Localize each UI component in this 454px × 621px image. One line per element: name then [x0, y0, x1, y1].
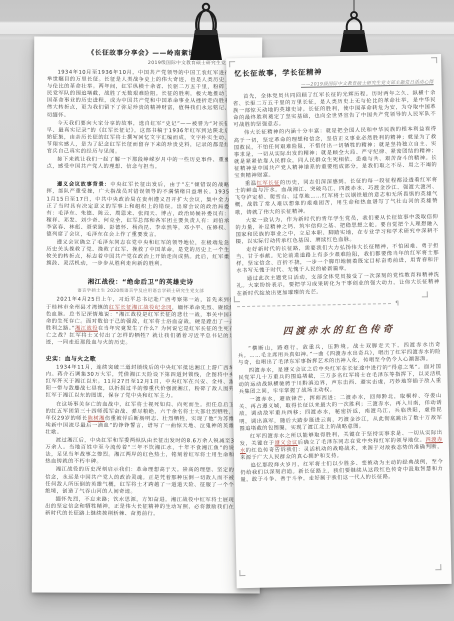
dashed-line: [237, 303, 391, 307]
crop-mark: [234, 296, 240, 302]
highlighted-link-text: 红军长征: [257, 180, 280, 186]
paragraph: 重温红军长征的历史，同志们深深感到，长征的每一段征程都浸透着红军将士的鲜血与汗水…: [235, 177, 439, 217]
paragraph: 湘江战役的历史深刻启示我们：革命理想高于天。崇高的理想、坚定的信念，永远是中国共…: [45, 467, 234, 496]
paragraph: “横断山，路难行，敌重兵，压黔境。战士双脚走天下，四渡赤水出奇兵。……毛主席用兵…: [238, 342, 441, 367]
paragraph: 2021年4月25日上午，习近平总书记赴广西考察第一站，首先来到位于桂林市全州县…: [46, 297, 235, 347]
highlighted-link-text: 湘江战役: [75, 325, 98, 331]
subsection-title-history: 史实：血与火之歌: [46, 354, 235, 364]
paragraph: 缅怀先烈，不忘来路；饮水思源，方知奋进。湘江战役中红军将士展现出的坚定信念和牺牲…: [45, 496, 234, 518]
byline-text: ——2019级国际中文教育硕士研究生党支部主题党日活动心得: [301, 80, 434, 88]
paragraph-text: 中央红军长征出发后，由于“左”倾错误的战略指挥，部队严重受挫，广大指战员对错误领…: [46, 182, 235, 238]
article-byline: ——2019级国际中文教育硕士研究生党支部主题党日活动心得: [233, 79, 434, 89]
paragraph: 走好新时代的长征路，需要我们大力弘扬伟大长征精神，不怕困难、勇于担当、甘于奉献。…: [236, 243, 440, 275]
paragraph: 渡过湘江后，中央红军和军委两纵队由长征出发时的8.6万余人锐减至3万余人。当地百…: [45, 438, 234, 467]
highlighted-link-text: 陈树湘: [88, 415, 105, 421]
section-byline: 语言学硕士生 2020级语言学及应用语言学硕士研究生党支部: [46, 288, 235, 295]
paragraph-mark-icon: ¶: [395, 301, 399, 307]
paragraph: 大家一致认为，作为新时代的青年学生党员，我们要从长征故事中汲取信仰的力量，补足精…: [235, 214, 439, 246]
paragraph: 首先，全体党员共同回顾了红军长征的光辉历程。历时两年之久、纵横十余省、长驱二万五…: [233, 90, 437, 130]
paragraph: 通过此次主题党日活动，支部全体党员接受了一次深刻的党性教育和精神洗礼。大家纷纷表…: [236, 272, 439, 297]
binder-clip-icon: [183, 1, 229, 65]
paragraph-text: 的红色传奇告诉我们：灵活机动的战略战术，来源于对敌我态势的准确判断，来源于广大人…: [240, 444, 443, 461]
crop-mark: [431, 57, 437, 63]
paragraph: 红军四渡赤水之所以能够取得胜利，关键在于坚持实事求是、一切从实际出发，关键在于遵…: [240, 430, 444, 462]
paragraph: 接下来就让我们一起了解一下那段峥嵘岁月中的一些历史事件、重要节点，感受中国共产党…: [47, 157, 236, 172]
crop-mark: [229, 61, 235, 67]
paragraph-text: 重温: [245, 181, 257, 187]
paragraph: 在这场事关存亡的血战中，红军将士视死如归、向死而生。担任总后卫的红五军团第三十四…: [45, 401, 234, 437]
article-title: 忆长征故事，学长征精神: [234, 65, 435, 79]
paragraph: 1934年10月至1936年10月，中国共产党领导的中国工农红军进行了举世瞩目的…: [47, 70, 236, 120]
highlighted-link-text: 红军长征湘江战役纪念园: [109, 304, 172, 310]
paragraph: 伟大长征精神的内涵十分丰富：就是把全国人民和中华民族的根本利益看得高于一切，坚定…: [233, 127, 437, 181]
paragraph: 今天我们要向大家分享的故事，选自红军“史记”——被誉为“对长征最早、最真实记录”…: [47, 120, 236, 156]
crop-mark: [435, 564, 441, 570]
right-document-page: 忆长征故事，学长征精神 ——2019级国际中文教育硕士研究生党支部主题党日活动心…: [226, 54, 452, 588]
paragraph: 遵义会议故事背景：中央红军长征出发后，由于“左”倾错误的战略指挥，部队严重受挫，…: [46, 182, 235, 240]
binder-clip-icon: [334, 0, 374, 56]
paragraph: 遵义会议确立了毛泽东同志在党中央和红军的领导地位，在极端危急的历史关头挽救了党、…: [46, 240, 235, 269]
paragraph: 1934年11月，连续突破三道封锁线后的中央红军抵达湘江上游广西境内。蒋介石调集…: [46, 365, 235, 401]
crop-mark: [239, 570, 245, 576]
crop-mark: [422, 291, 428, 297]
paragraph: 四渡赤水，是遵义会议之后中央红军在长征途中进行的“得意之笔”。面对国民党军几十万…: [238, 364, 442, 396]
highlighted-link-text: 遵义会议: [275, 440, 298, 446]
paragraph: 追忆那段烽火岁月，红军将士们以少胜多、变被动为主动的经典战例，至今仍给我们以深刻…: [240, 459, 443, 484]
article-title-calligraphy: 四渡赤水的红色传奇: [237, 320, 440, 338]
section-break-divider: ¶: [237, 300, 440, 310]
paragraph: 一渡赤水，避敌锋芒，挥师西进；二渡赤水，回师黔北，取桐梓、夺娄山关、再占遵义城，…: [239, 393, 443, 433]
bold-lead-in: 遵义会议故事背景：: [57, 182, 110, 188]
section-title-xiangjiang: 湘江战役：“绝命后卫”的英雄史诗: [46, 277, 235, 287]
